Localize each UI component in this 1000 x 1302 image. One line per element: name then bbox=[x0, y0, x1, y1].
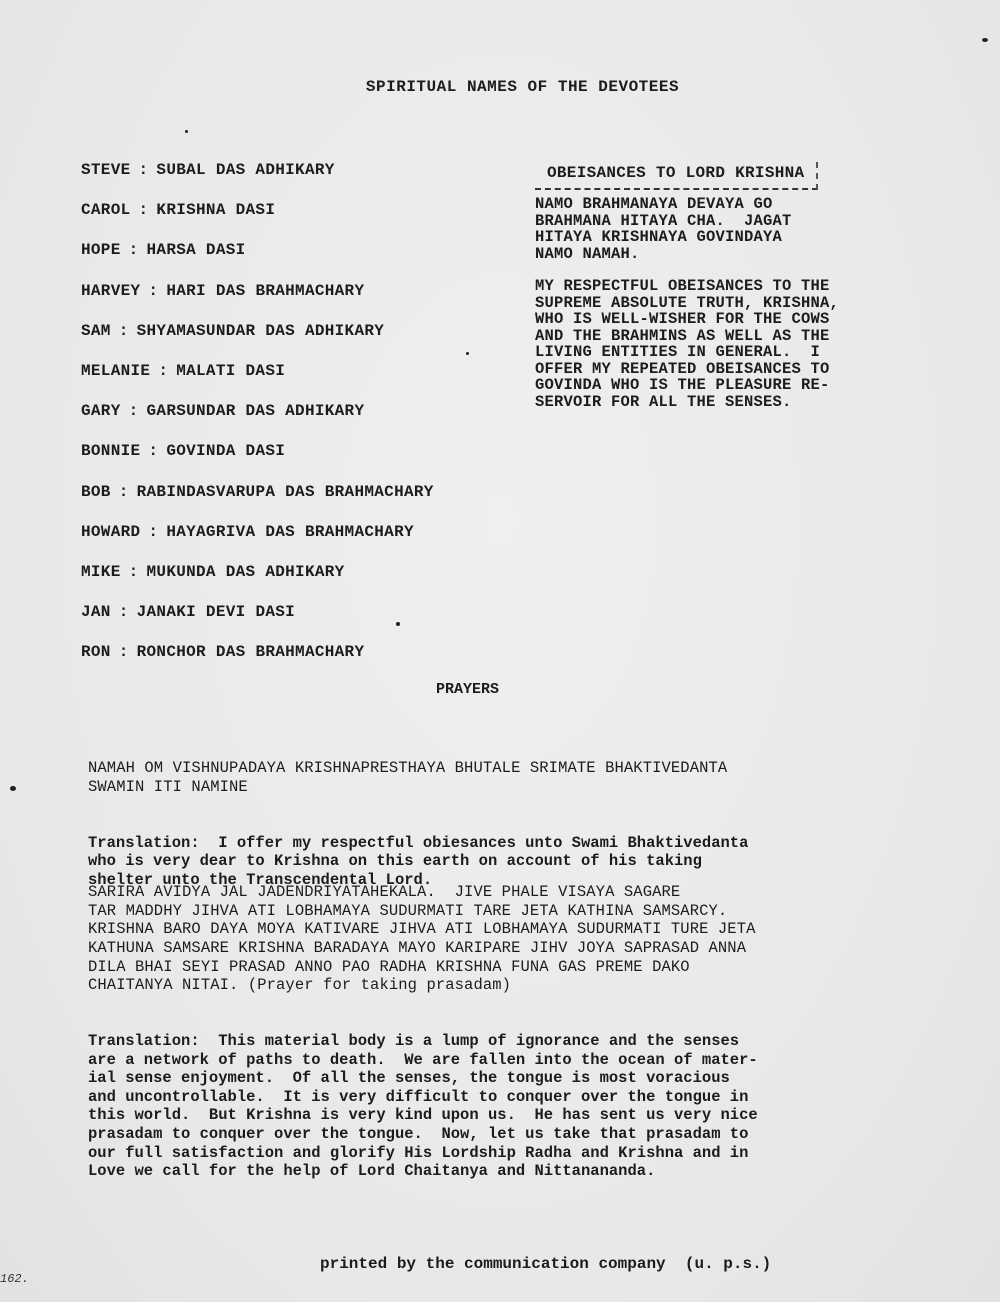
obeisances-title: OBEISANCES TO LORD KRISHNA bbox=[535, 162, 818, 190]
name-row: MELANIE:MALATI DASI bbox=[81, 361, 434, 401]
name-row: RON:RONCHOR DAS BRAHMACHARY bbox=[81, 642, 434, 682]
name-row: MIKE:MUKUNDA DAS ADHIKARY bbox=[81, 562, 434, 602]
name-separator: : bbox=[139, 201, 149, 219]
given-name: MELANIE bbox=[81, 362, 150, 380]
page-number: 162. bbox=[0, 1272, 29, 1286]
document-page: SPIRITUAL NAMES OF THE DEVOTEES STEVE:SU… bbox=[0, 0, 1000, 1302]
name-separator: : bbox=[129, 402, 139, 420]
name-row: STEVE:SUBAL DAS ADHIKARY bbox=[81, 160, 434, 200]
prayer-translation: Translation: This material body is a lum… bbox=[88, 1032, 968, 1181]
given-name: RON bbox=[81, 643, 111, 661]
spiritual-name: MUKUNDA DAS ADHIKARY bbox=[147, 563, 345, 581]
spiritual-name: KRISHNA DASI bbox=[156, 201, 275, 219]
given-name: HOWARD bbox=[81, 523, 140, 541]
spiritual-name: HARI DAS BRAHMACHARY bbox=[166, 282, 364, 300]
obeisances-translation: MY RESPECTFUL OBEISANCES TO THE SUPREME … bbox=[535, 278, 955, 410]
name-row: JAN:JANAKI DEVI DASI bbox=[81, 602, 434, 642]
name-separator: : bbox=[139, 161, 149, 179]
scan-speck bbox=[10, 786, 16, 791]
prayer-text: NAMAH OM VISHNUPADAYA KRISHNAPRESTHAYA B… bbox=[88, 759, 968, 796]
scan-speck bbox=[185, 130, 188, 133]
name-separator: : bbox=[129, 241, 139, 259]
spiritual-name: SHYAMASUNDAR DAS ADHIKARY bbox=[137, 322, 385, 340]
given-name: CAROL bbox=[81, 201, 131, 219]
obeisances-mantra: NAMO BRAHMANAYA DEVAYA GO BRAHMANA HITAY… bbox=[535, 196, 955, 262]
scan-speck bbox=[466, 352, 469, 355]
name-row: BONNIE:GOVINDA DASI bbox=[81, 441, 434, 481]
obeisances-section: OBEISANCES TO LORD KRISHNA NAMO BRAHMANA… bbox=[535, 162, 955, 410]
spiritual-name: HAYAGRIVA DAS BRAHMACHARY bbox=[166, 523, 414, 541]
given-name: HARVEY bbox=[81, 282, 140, 300]
spiritual-name: RABINDASVARUPA DAS BRAHMACHARY bbox=[137, 483, 434, 501]
name-separator: : bbox=[148, 282, 158, 300]
name-separator: : bbox=[119, 322, 129, 340]
spiritual-name: HARSA DASI bbox=[147, 241, 246, 259]
given-name: MIKE bbox=[81, 563, 121, 581]
spiritual-name: GARSUNDAR DAS ADHIKARY bbox=[147, 402, 365, 420]
spiritual-name: SUBAL DAS ADHIKARY bbox=[156, 161, 334, 179]
given-name: HOPE bbox=[81, 241, 121, 259]
name-row: CAROL:KRISHNA DASI bbox=[81, 200, 434, 240]
given-name: GARY bbox=[81, 402, 121, 420]
name-row: GARY:GARSUNDAR DAS ADHIKARY bbox=[81, 401, 434, 441]
devotee-names-list: STEVE:SUBAL DAS ADHIKARYCAROL:KRISHNA DA… bbox=[81, 160, 434, 682]
name-separator: : bbox=[148, 523, 158, 541]
name-separator: : bbox=[158, 362, 168, 380]
spiritual-name: JANAKI DEVI DASI bbox=[137, 603, 295, 621]
name-separator: : bbox=[148, 442, 158, 460]
prayer-text: SARIRA AVIDYA JAL JADENDRIYATAHEKALA. JI… bbox=[88, 883, 968, 995]
name-row: HOWARD:HAYAGRIVA DAS BRAHMACHARY bbox=[81, 522, 434, 562]
spiritual-name: RONCHOR DAS BRAHMACHARY bbox=[137, 643, 365, 661]
prayers-heading: PRAYERS bbox=[0, 681, 935, 698]
name-separator: : bbox=[119, 483, 129, 501]
spiritual-name: GOVINDA DASI bbox=[166, 442, 285, 460]
name-separator: : bbox=[119, 643, 129, 661]
spiritual-name: MALATI DASI bbox=[176, 362, 285, 380]
name-row: HARVEY:HARI DAS BRAHMACHARY bbox=[81, 281, 434, 321]
given-name: SAM bbox=[81, 322, 111, 340]
given-name: BOB bbox=[81, 483, 111, 501]
given-name: STEVE bbox=[81, 161, 131, 179]
name-row: SAM:SHYAMASUNDAR DAS ADHIKARY bbox=[81, 321, 434, 361]
scan-speck bbox=[396, 622, 400, 626]
name-row: HOPE:HARSA DASI bbox=[81, 240, 434, 280]
name-separator: : bbox=[119, 603, 129, 621]
given-name: BONNIE bbox=[81, 442, 140, 460]
document-title: SPIRITUAL NAMES OF THE DEVOTEES bbox=[0, 78, 1000, 96]
scan-speck bbox=[982, 38, 988, 42]
prayer-item: SARIRA AVIDYA JAL JADENDRIYATAHEKALA. JI… bbox=[88, 846, 968, 1218]
name-row: BOB:RABINDASVARUPA DAS BRAHMACHARY bbox=[81, 482, 434, 522]
name-separator: : bbox=[129, 563, 139, 581]
printer-credit: printed by the communication company (u.… bbox=[320, 1255, 771, 1273]
given-name: JAN bbox=[81, 603, 111, 621]
